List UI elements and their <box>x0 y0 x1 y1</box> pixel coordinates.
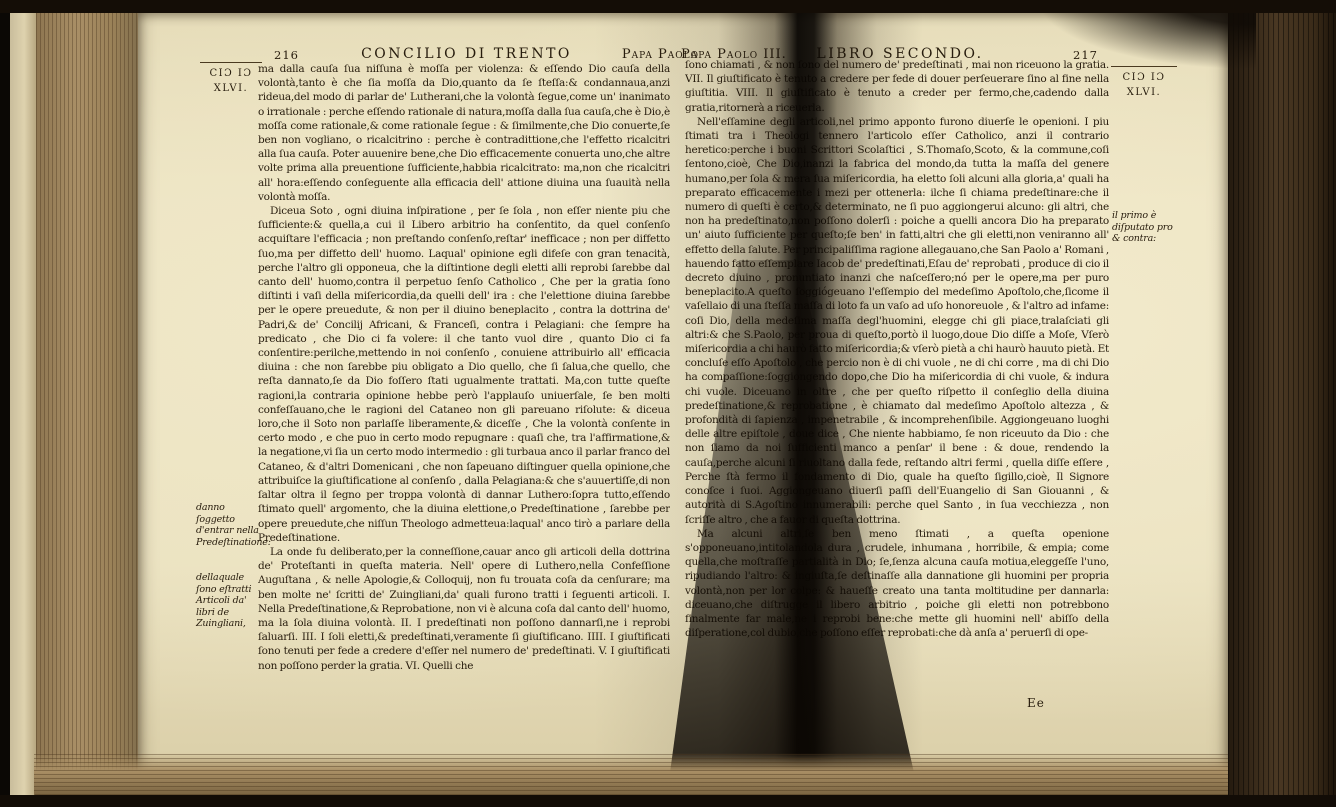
paragraph: Ma alcuni altri,ſe ben meno ſtimati , a … <box>685 527 1109 641</box>
open-page-spread: 216 CONCILIO DI TRENTO Papa Paolo CIƆ IƆ… <box>138 10 1228 795</box>
gathering-signature: Ee <box>1027 696 1045 710</box>
chronology-line2: XLVI. <box>200 81 262 96</box>
chronology-line1: CIƆ IƆ <box>1111 70 1177 85</box>
bottom-page-edges <box>34 753 1232 799</box>
paragraph: La onde fu deliberato,per la conneſſione… <box>258 545 670 673</box>
left-margin-note-2: dellaquale ſono eſtratti Articoli da' li… <box>196 572 260 630</box>
chronology-line2: XLVI. <box>1111 85 1177 100</box>
left-margin-chronology: CIƆ IƆ XLVI. <box>200 62 262 96</box>
top-background-edge <box>0 0 1336 13</box>
left-spine-sliver <box>0 0 10 807</box>
paragraph: Diceua Soto , ogni diuina inſpiratione ,… <box>258 204 670 545</box>
right-margin-chronology: CIƆ IƆ XLVI. <box>1111 66 1177 100</box>
paragraph: ma dalla cauſa ſua niſſuna è moſſa per v… <box>258 62 670 204</box>
left-body-text: ma dalla cauſa ſua niſſuna è moſſa per v… <box>258 62 670 694</box>
left-running-title: CONCILIO DI TRENTO <box>318 46 615 62</box>
bottom-background-edge <box>0 795 1336 807</box>
left-margin-note-1: danno ſoggetto d'entrar nella Predeſtina… <box>196 502 260 548</box>
right-body-text: ſono chiamati , & non ſono del numero de… <box>685 58 1109 694</box>
paragraph: Nell'eſſamine degli articoli,nel primo a… <box>685 115 1109 527</box>
left-page-block-fore-edge <box>36 2 138 801</box>
chronology-line1: CIƆ IƆ <box>200 66 262 81</box>
right-page-block-fore-edge <box>1228 0 1336 807</box>
book-photograph: 216 CONCILIO DI TRENTO Papa Paolo CIƆ IƆ… <box>0 0 1336 807</box>
left-page-number: 216 <box>274 48 299 62</box>
right-margin-note-1: il primo è diſputato pro & contra: <box>1112 210 1174 245</box>
left-page: 216 CONCILIO DI TRENTO Papa Paolo CIƆ IƆ… <box>138 10 675 795</box>
left-flyleaf-edge <box>10 4 36 803</box>
right-page: Papa Paolo III. LIBRO SECONDO. 217 CIƆ I… <box>675 10 1228 795</box>
